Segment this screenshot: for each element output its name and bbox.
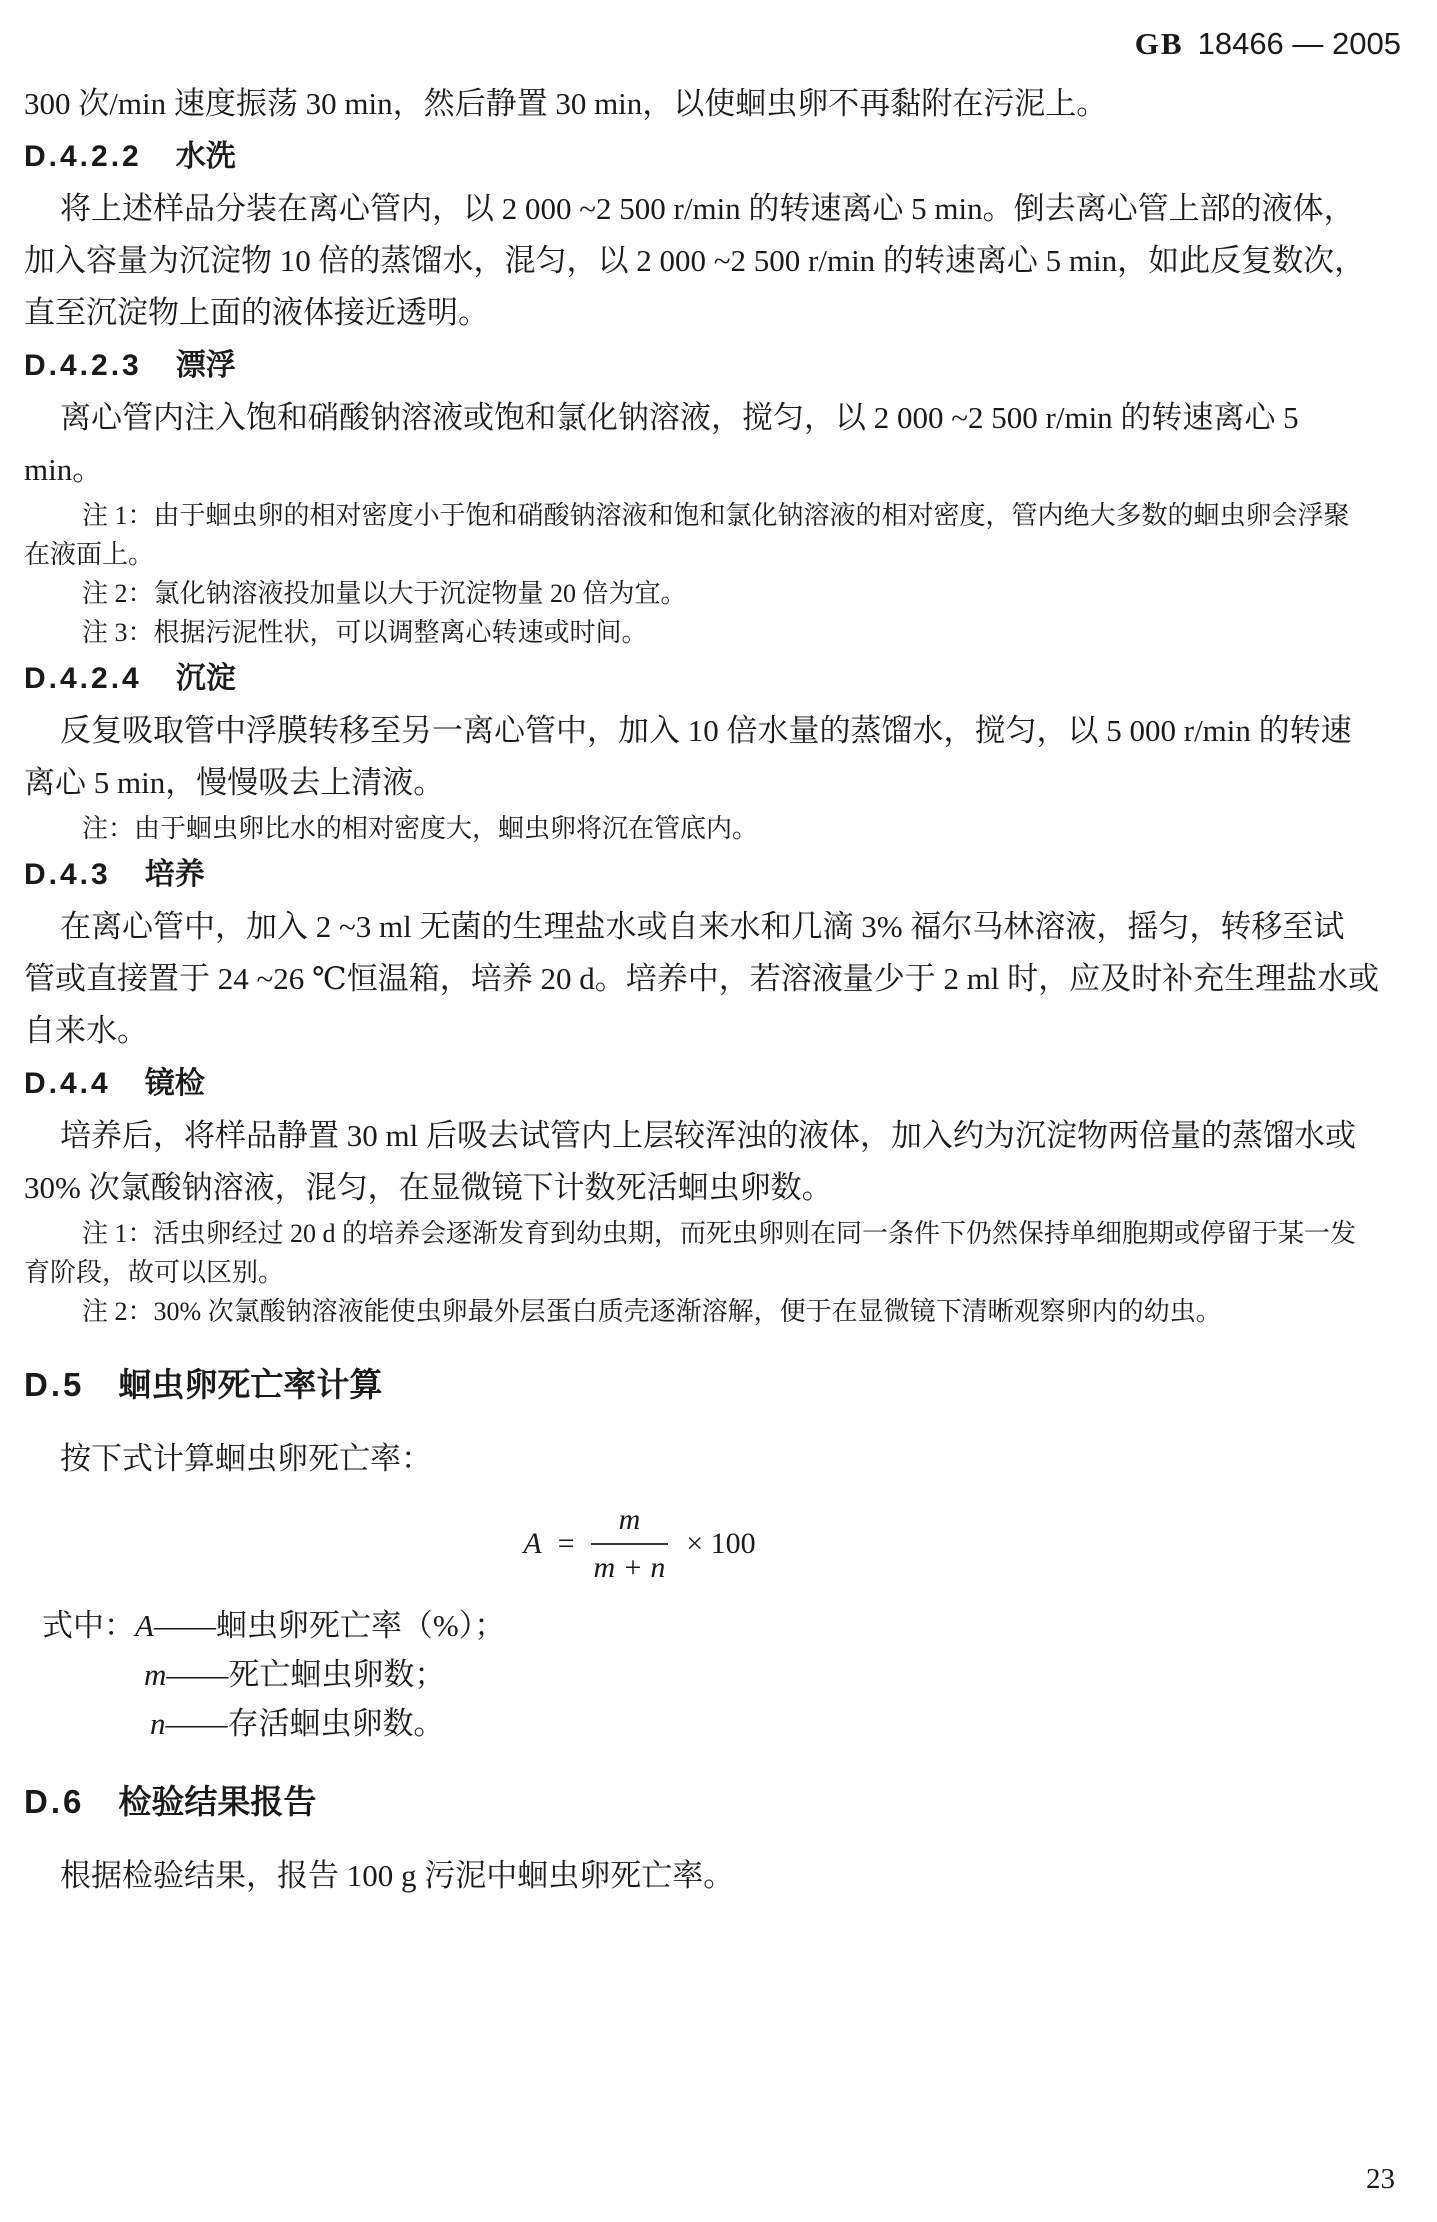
section-title: 漂浮	[176, 349, 236, 382]
definition-text: ——蛔虫卵死亡率（%）；	[154, 1608, 505, 1643]
death-rate-formula: A=mm + n× 100	[523, 1503, 755, 1585]
subsection-heading: D.4.3培养	[24, 848, 1407, 901]
paragraph-line: 离心 5 min，慢慢吸去上清液。	[24, 757, 1407, 809]
note-line: 注 3：根据污泥性状，可以调整离心转速或时间。	[24, 613, 1407, 652]
page-number: 23	[1366, 2163, 1395, 2196]
paragraph-line: 管或直接置于 24 ~26 ℃恒温箱，培养 20 d。培养中，若溶液量少于 2 …	[24, 953, 1407, 1005]
section-number: D.4.2.4	[24, 662, 142, 695]
section-number: D.5	[24, 1366, 84, 1403]
section-title: 水洗	[176, 140, 236, 173]
standard-org-label: GB	[1135, 26, 1184, 61]
paragraph-line: 加入容量为沉淀物 10 倍的蒸馏水，混匀，以 2 000 ~2 500 r/mi…	[24, 235, 1407, 287]
section-title: 蛔虫卵死亡率计算	[118, 1366, 382, 1403]
paragraph-line: 30% 次氯酸钠溶液，混匀，在显微镜下计数死活蛔虫卵数。	[24, 1162, 1407, 1214]
paragraph-line: 培养后，将样品静置 30 ml 后吸去试管内上层较浑浊的液体，加入约为沉淀物两倍…	[24, 1110, 1407, 1162]
paragraph-line: 按下式计算蛔虫卵死亡率：	[24, 1433, 1407, 1485]
formula-equals-sign: =	[558, 1527, 575, 1561]
formula-term-definition: n——存活蛔虫卵数。	[24, 1699, 1407, 1748]
paragraph-line: 300 次/min 速度振荡 30 min，然后静置 30 min，以使蛔虫卵不…	[24, 78, 1407, 130]
paragraph-line: min。	[24, 444, 1407, 496]
note-line: 注：由于蛔虫卵比水的相对密度大，蛔虫卵将沉在管底内。	[24, 809, 1407, 848]
paragraph-line: 在离心管中，加入 2 ~3 ml 无菌的生理盐水或自来水和几滴 3% 福尔马林溶…	[24, 901, 1407, 953]
definition-text: ——存活蛔虫卵数。	[166, 1706, 445, 1741]
subsection-heading: D.4.4镜检	[24, 1057, 1407, 1110]
note-line: 注 2：30% 次氯酸钠溶液能使虫卵最外层蛋白质壳逐渐溶解，便于在显微镜下清晰观…	[24, 1292, 1407, 1331]
subsection-heading: D.4.2.2水洗	[24, 130, 1407, 183]
formula-numerator: m	[591, 1503, 669, 1545]
definition-variable: m	[144, 1657, 166, 1692]
paragraph-line: 反复吸取管中浮膜转移至另一离心管中，加入 10 倍水量的蒸馏水，搅匀，以 5 0…	[24, 705, 1407, 757]
document-page: GB18466 — 2005 300 次/min 速度振荡 30 min，然后静…	[0, 0, 1437, 2222]
paragraph-line: 离心管内注入饱和硝酸钠溶液或饱和氯化钠溶液，搅匀，以 2 000 ~2 500 …	[24, 392, 1407, 444]
formula-denominator: m + n	[593, 1545, 665, 1585]
definition-variable: n	[150, 1706, 166, 1741]
section-number: D.4.2.2	[24, 140, 142, 173]
definition-text: ——死亡蛔虫卵数；	[166, 1657, 445, 1692]
formula-term-definition: m——死亡蛔虫卵数；	[24, 1650, 1407, 1699]
section-title: 检验结果报告	[118, 1783, 316, 1820]
formula-row: A=mm + n× 100	[0, 1503, 1331, 1585]
definition-prefix: 式中：	[42, 1608, 135, 1643]
subsection-heading: D.4.2.4沉淀	[24, 652, 1407, 705]
note-line: 育阶段，故可以区别。	[24, 1253, 1407, 1292]
note-line: 注 2：氯化钠溶液投加量以大于沉淀物量 20 倍为宜。	[24, 574, 1407, 613]
section-title: 培养	[145, 858, 205, 891]
paragraph-line: 自来水。	[24, 1005, 1407, 1057]
section-heading: D.6检验结果报告	[24, 1780, 1407, 1824]
section-title: 镜检	[145, 1067, 205, 1100]
section-number: D.6	[24, 1783, 84, 1820]
formula-fraction: mm + n	[591, 1503, 669, 1585]
section-number: D.4.4	[24, 1067, 111, 1100]
definition-variable: A	[135, 1608, 154, 1643]
section-number: D.4.2.3	[24, 349, 142, 382]
document-body: 300 次/min 速度振荡 30 min，然后静置 30 min，以使蛔虫卵不…	[24, 78, 1407, 1902]
document-header: GB18466 — 2005	[24, 26, 1407, 62]
paragraph-line: 根据检验结果，报告 100 g 污泥中蛔虫卵死亡率。	[24, 1850, 1407, 1902]
paragraph-line: 直至沉淀物上面的液体接近透明。	[24, 287, 1407, 339]
note-line: 注 1：由于蛔虫卵的相对密度小于饱和硝酸钠溶液和饱和氯化钠溶液的相对密度，管内绝…	[24, 496, 1407, 535]
formula-lhs: A	[523, 1527, 541, 1561]
standard-number: 18466 — 2005	[1198, 26, 1401, 61]
note-line: 注 1：活虫卵经过 20 d 的培养会逐渐发育到幼虫期，而死虫卵则在同一条件下仍…	[24, 1214, 1407, 1253]
section-heading: D.5蛔虫卵死亡率计算	[24, 1363, 1407, 1407]
formula-term-definition: 式中：A——蛔虫卵死亡率（%）；	[24, 1601, 1407, 1650]
section-number: D.4.3	[24, 858, 111, 891]
formula-multiplier: × 100	[686, 1527, 755, 1561]
paragraph-line: 将上述样品分装在离心管内，以 2 000 ~2 500 r/min 的转速离心 …	[24, 183, 1407, 235]
section-title: 沉淀	[176, 662, 236, 695]
subsection-heading: D.4.2.3漂浮	[24, 339, 1407, 392]
note-line: 在液面上。	[24, 535, 1407, 574]
